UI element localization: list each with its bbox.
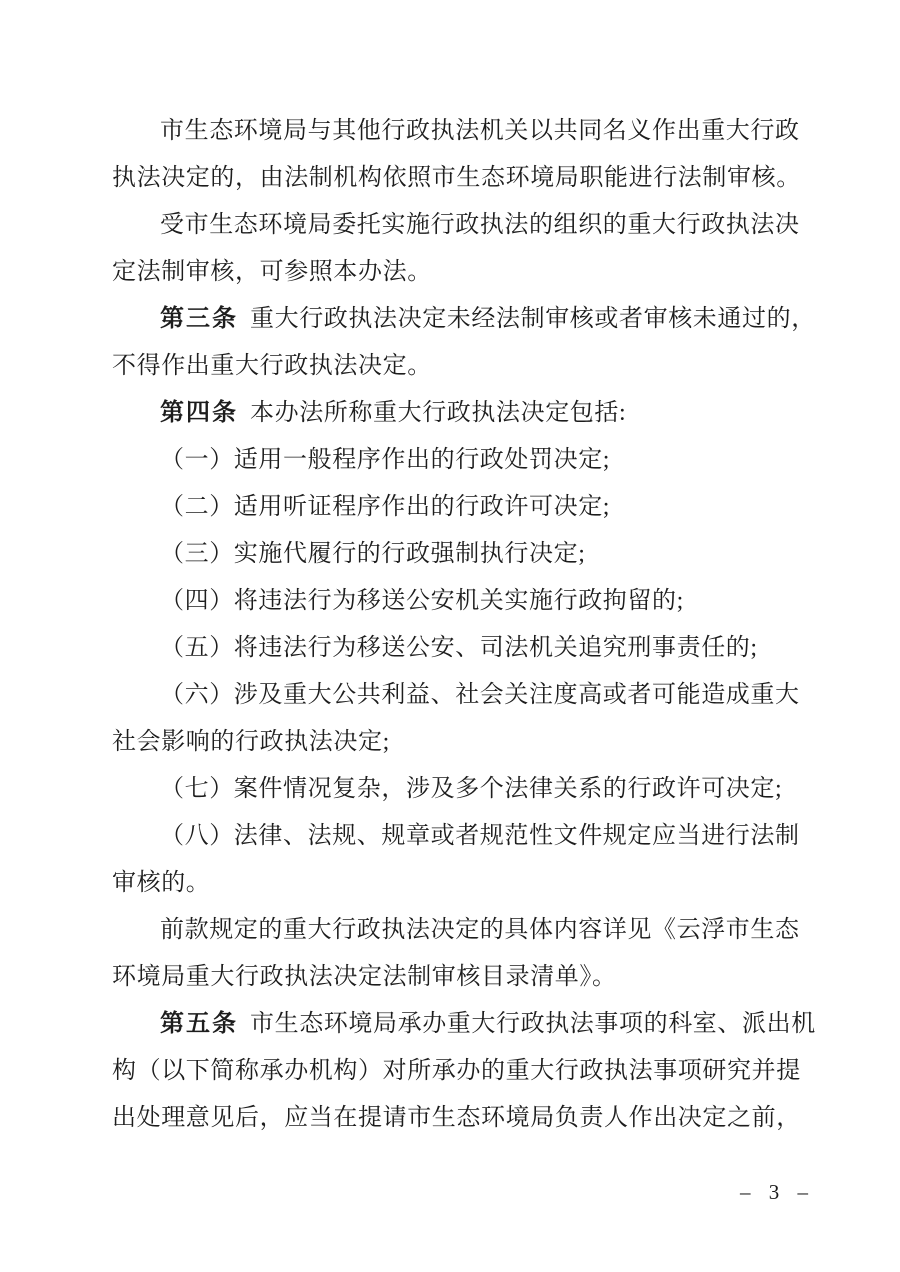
text-line: 环境局重大行政执法决定法制审核目录清单》。 bbox=[112, 954, 812, 1001]
text-line: 构（以下简称承办机构）对所承办的重大行政执法事项研究并提 bbox=[112, 1048, 812, 1095]
text-line: 定法制审核，可参照本办法。 bbox=[112, 249, 812, 296]
document-body: 市生态环境局与其他行政执法机关以共同名义作出重大行政 执法决定的，由法制机构依照… bbox=[112, 108, 812, 1142]
text-line: 第四条本办法所称重大行政执法决定包括: bbox=[112, 390, 812, 437]
text-line: （八）法律、法规、规章或者规范性文件规定应当进行法制 bbox=[112, 813, 812, 860]
line-text: 定法制审核，可参照本办法。 bbox=[112, 259, 432, 285]
line-text: （八）法律、法规、规章或者规范性文件规定应当进行法制 bbox=[160, 823, 800, 849]
line-text: （三）实施代履行的行政强制执行决定; bbox=[160, 541, 585, 567]
text-line: 前款规定的重大行政执法决定的具体内容详见《云浮市生态 bbox=[112, 907, 812, 954]
text-line: 市生态环境局与其他行政执法机关以共同名义作出重大行政 bbox=[112, 108, 812, 155]
article-label: 第五条 bbox=[160, 1011, 238, 1037]
line-text: （七）案件情况复杂，涉及多个法律关系的行政许可决定; bbox=[160, 776, 782, 802]
text-line: 受市生态环境局委托实施行政执法的组织的重大行政执法决 bbox=[112, 202, 812, 249]
line-text: （五）将违法行为移送公安、司法机关追究刑事责任的; bbox=[160, 635, 758, 661]
line-text: 出处理意见后，应当在提请市生态环境局负责人作出决定之前， bbox=[112, 1105, 801, 1131]
text-line: （一）适用一般程序作出的行政处罚决定; bbox=[112, 437, 812, 484]
line-text: 审核的。 bbox=[112, 870, 210, 896]
text-line: （六）涉及重大公共利益、社会关注度高或者可能造成重大 bbox=[112, 672, 812, 719]
text-line: （四）将违法行为移送公安机关实施行政拘留的; bbox=[112, 578, 812, 625]
text-line: 不得作出重大行政执法决定。 bbox=[112, 343, 812, 390]
line-text: （四）将违法行为移送公安机关实施行政拘留的; bbox=[160, 588, 684, 614]
article-label: 第四条 bbox=[160, 400, 238, 426]
text-line: （五）将违法行为移送公安、司法机关追究刑事责任的; bbox=[112, 625, 812, 672]
line-text: 本办法所称重大行政执法决定包括: bbox=[250, 400, 626, 426]
line-text: 社会影响的行政执法决定; bbox=[112, 729, 390, 755]
text-line: 第三条重大行政执法决定未经法制审核或者审核未通过的， bbox=[112, 296, 812, 343]
text-line: 出处理意见后，应当在提请市生态环境局负责人作出决定之前， bbox=[112, 1095, 812, 1142]
text-line: （二）适用听证程序作出的行政许可决定; bbox=[112, 484, 812, 531]
line-text: 市生态环境局与其他行政执法机关以共同名义作出重大行政 bbox=[160, 118, 800, 144]
text-line: 社会影响的行政执法决定; bbox=[112, 719, 812, 766]
line-text: 环境局重大行政执法决定法制审核目录清单》。 bbox=[112, 964, 617, 990]
text-line: （三）实施代履行的行政强制执行决定; bbox=[112, 531, 812, 578]
document-page: 市生态环境局与其他行政执法机关以共同名义作出重大行政 执法决定的，由法制机构依照… bbox=[0, 0, 900, 1272]
text-line: 执法决定的，由法制机构依照市生态环境局职能进行法制审核。 bbox=[112, 155, 812, 202]
text-line: （七）案件情况复杂，涉及多个法律关系的行政许可决定; bbox=[112, 766, 812, 813]
article-label: 第三条 bbox=[160, 306, 238, 332]
line-text: （六）涉及重大公共利益、社会关注度高或者可能造成重大 bbox=[160, 682, 800, 708]
line-text: 前款规定的重大行政执法决定的具体内容详见《云浮市生态 bbox=[160, 917, 800, 943]
text-line: 审核的。 bbox=[112, 860, 812, 907]
line-text: 不得作出重大行政执法决定。 bbox=[112, 353, 432, 379]
text-line: 第五条市生态环境局承办重大行政执法事项的科室、派出机 bbox=[112, 1001, 812, 1048]
line-text: 构（以下简称承办机构）对所承办的重大行政执法事项研究并提 bbox=[112, 1058, 801, 1084]
line-text: （一）适用一般程序作出的行政处罚决定; bbox=[160, 447, 610, 473]
line-text: （二）适用听证程序作出的行政许可决定; bbox=[160, 494, 610, 520]
line-text: 受市生态环境局委托实施行政执法的组织的重大行政执法决 bbox=[160, 212, 800, 238]
page-number: – 3 – bbox=[740, 1178, 810, 1206]
line-text: 重大行政执法决定未经法制审核或者审核未通过的， bbox=[250, 306, 816, 332]
line-text: 执法决定的，由法制机构依照市生态环境局职能进行法制审核。 bbox=[112, 165, 801, 191]
line-text: 市生态环境局承办重大行政执法事项的科室、派出机 bbox=[250, 1011, 816, 1037]
